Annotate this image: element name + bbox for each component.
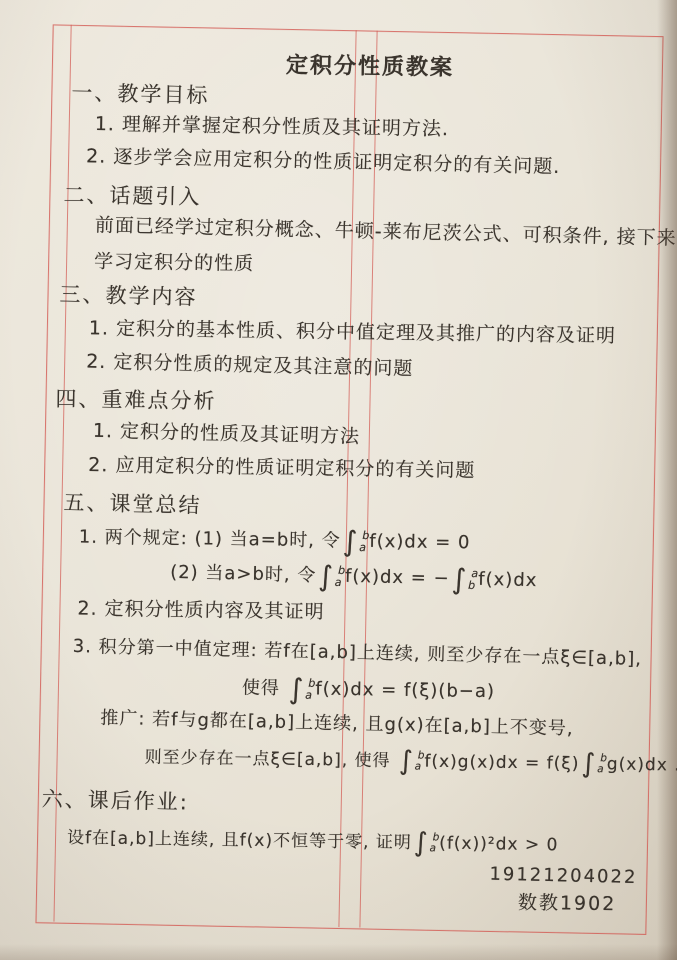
mean-value-theorem-line-1: 3. 积分第一中值定理: 若f在[a,b]上连续, 则至少存在一点ξ∈[a,b]… — [73, 637, 643, 671]
heading-2-topic-introduction: 二、话题引入 — [63, 183, 201, 209]
text-segment: f(x)dx = − — [345, 566, 450, 589]
text-segment: 1. 两个规定: (1) 当a=b时, 令 — [79, 527, 341, 552]
text-segment: 1. 定积分的基本性质、积分中值定理及其推广的内容及证明 — [89, 317, 616, 347]
keypoint-item-1: 1. 定积分的性质及其证明方法 — [93, 421, 361, 449]
goal-item-1: 1. 理解并掌握定积分性质及其证明方法. — [95, 114, 450, 141]
text-segment: (2) 当a>b时, 令 — [170, 562, 317, 586]
summary-item-2: 2. 定积分性质内容及其证明 — [77, 599, 324, 625]
text-segment: 前面已经学过定积分概念、牛顿-莱布尼茨公式、可积条件, 接下来 — [95, 214, 677, 249]
text-segment: 19121204022 — [489, 864, 637, 888]
content-item-1: 1. 定积分的基本性质、积分中值定理及其推广的内容及证明 — [89, 318, 616, 348]
goal-item-2: 2. 逐步学会应用定积分的性质证明定积分的有关问题. — [86, 146, 561, 179]
heading-4-key-points-analysis: 四、重难点分析 — [55, 387, 216, 414]
integral-sign: ∫ba — [289, 677, 314, 701]
text-segment: f(x)g(x)dx = f(ξ) — [424, 752, 579, 774]
content-item-2: 2. 定积分性质的规定及其注意的问题 — [86, 352, 414, 381]
text-segment: 1. 定积分的性质及其证明方法 — [93, 420, 361, 448]
text-segment: 四、重难点分析 — [55, 387, 216, 413]
class-name: 数教1902 — [518, 893, 617, 916]
text-segment: 二、话题引入 — [63, 183, 201, 209]
text-segment: 1. 理解并掌握定积分性质及其证明方法. — [95, 113, 450, 140]
doc-title: 定积分性质教案 — [286, 53, 454, 81]
notebook-page-photo: 定积分性质教案一、教学目标1. 理解并掌握定积分性质及其证明方法.2. 逐步学会… — [0, 0, 677, 960]
paper-sheet: 定积分性质教案一、教学目标1. 理解并掌握定积分性质及其证明方法.2. 逐步学会… — [0, 0, 677, 960]
keypoint-item-2: 2. 应用定积分的性质证明定积分的有关问题 — [88, 455, 475, 483]
text-segment: 使得 — [242, 677, 287, 699]
text-segment: 一、教学目标 — [71, 81, 210, 108]
summary-rule-2: (2) 当a>b时, 令∫baf(x)dx = −∫abf(x)dx — [170, 561, 538, 593]
heading-3-teaching-content: 三、教学内容 — [59, 282, 198, 309]
text-segment: 数教1902 — [518, 892, 617, 915]
text-segment: 设f在[a,b]上连续, 且f(x)不恒等于零, 证明 — [67, 828, 412, 853]
heading-5-class-summary: 五、课堂总结 — [63, 490, 202, 517]
text-segment: 3. 积分第一中值定理: 若f在[a,b]上连续, 则至少存在一点ξ∈[a,b]… — [73, 636, 643, 670]
text-segment: 则至少存在一点ξ∈[a,b], 使得 — [144, 748, 397, 772]
text-segment: 五、课堂总结 — [63, 490, 202, 517]
integral-sign: ∫ba — [414, 832, 438, 854]
integral-sign: ∫ba — [399, 750, 423, 772]
intro-text-line-2: 学习定积分的性质 — [94, 252, 254, 276]
text-segment: f(x)dx — [478, 569, 538, 591]
integral-sign: ∫ba — [318, 564, 343, 588]
text-segment: 六、课后作业: — [42, 787, 190, 814]
generalization-line-1: 推广: 若f与g都在[a,b]上连续, 且g(x)在[a,b]上不变号, — [100, 709, 574, 740]
text-segment: 定积分性质教案 — [286, 53, 454, 80]
heading-1-teaching-goals: 一、教学目标 — [71, 81, 210, 108]
text-segment: 2. 定积分性质的规定及其注意的问题 — [86, 351, 414, 380]
heading-6-homework: 六、课后作业: — [42, 787, 190, 814]
text-segment: 2. 应用定积分的性质证明定积分的有关问题 — [88, 454, 475, 482]
text-segment: g(x)dx . — [607, 754, 677, 775]
text-segment: 三、教学内容 — [59, 282, 198, 309]
text-segment: 推广: 若f与g都在[a,b]上连续, 且g(x)在[a,b]上不变号, — [100, 708, 574, 740]
student-id: 19121204022 — [489, 865, 637, 889]
integral-sign: ∫ba — [343, 530, 368, 554]
text-segment: 2. 定积分性质内容及其证明 — [77, 598, 324, 624]
handwritten-text-area: 定积分性质教案一、教学目标1. 理解并掌握定积分性质及其证明方法.2. 逐步学会… — [0, 0, 677, 960]
generalization-line-2: 则至少存在一点ξ∈[a,b], 使得 ∫baf(x)g(x)dx = f(ξ)∫… — [144, 746, 677, 776]
integral-sign: ∫ba — [581, 753, 605, 775]
text-segment: f(x)dx = f(ξ)(b−a) — [315, 679, 495, 703]
text-segment: 学习定积分的性质 — [94, 251, 254, 275]
integral-sign: ∫ab — [451, 568, 476, 592]
summary-rule-1: 1. 两个规定: (1) 当a=b时, 令∫baf(x)dx = 0 — [79, 526, 471, 555]
intro-text-line-1: 前面已经学过定积分概念、牛顿-莱布尼茨公式、可积条件, 接下来 — [95, 215, 677, 250]
text-segment: (f(x))²dx > 0 — [439, 833, 558, 855]
text-segment: 2. 逐步学会应用定积分的性质证明定积分的有关问题. — [86, 145, 561, 178]
text-segment: f(x)dx = 0 — [369, 531, 470, 553]
homework-problem: 设f在[a,b]上连续, 且f(x)不恒等于零, 证明∫ba(f(x))²dx … — [67, 827, 559, 856]
mean-value-theorem-line-2: 使得 ∫baf(x)dx = f(ξ)(b−a) — [242, 677, 495, 704]
